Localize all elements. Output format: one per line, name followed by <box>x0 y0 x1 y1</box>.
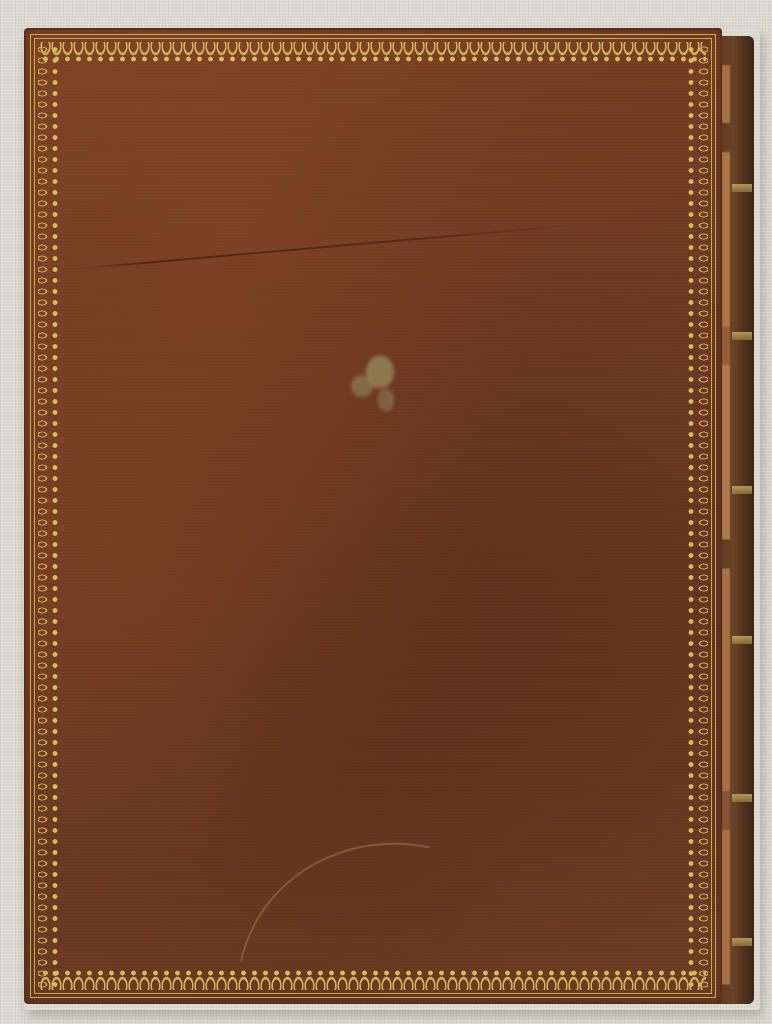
curved-scuff-mark <box>240 813 430 995</box>
spine-band <box>732 486 752 494</box>
spine-band <box>732 938 752 946</box>
spine-band <box>732 332 752 340</box>
inner-gilt-fillet <box>34 38 712 994</box>
gilt-roll-top <box>40 42 706 62</box>
spine-wear <box>722 36 730 1004</box>
spine-band <box>732 636 752 644</box>
stain-mark <box>344 344 404 414</box>
gilt-roll-bottom <box>40 970 706 990</box>
gilt-roll-left <box>38 44 58 988</box>
book-cover <box>24 28 722 1004</box>
spine-band <box>732 794 752 802</box>
gilt-roll-right <box>688 44 708 988</box>
outer-gilt-fillet <box>30 34 716 998</box>
scratch-mark <box>74 224 572 270</box>
spine-band <box>732 184 752 192</box>
